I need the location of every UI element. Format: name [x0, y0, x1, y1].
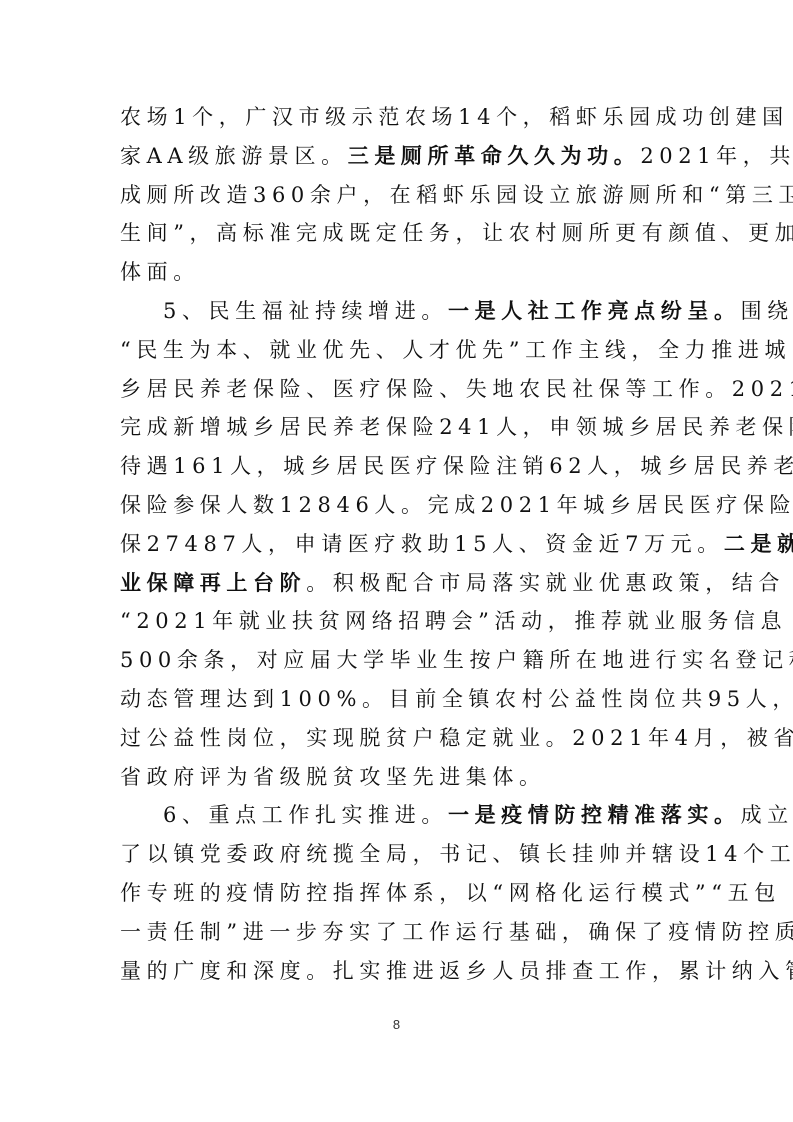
- text-segment: 体面。: [120, 260, 200, 284]
- text-segment: 过公益性岗位，实现脱贫户稳定就业。2021年4月，被省委: [120, 726, 793, 750]
- text-line: 保险参保人数12846人。完成2021年城乡居民医疗保险参: [120, 486, 672, 525]
- bold-heading-segment: 二是就: [724, 532, 793, 556]
- text-line: 5、民生福祉持续增进。一是人社工作亮点纷呈。围绕: [120, 292, 672, 331]
- text-segment: 乡居民养老保险、医疗保险、失地农民社保等工作。2021年，: [120, 377, 793, 401]
- text-line: “民生为本、就业优先、人才优先”工作主线，全力推进城: [120, 331, 672, 370]
- text-line: 待遇161人，城乡居民医疗保险注销62人，城乡居民养老: [120, 447, 672, 486]
- text-segment: 待遇161人，城乡居民医疗保险注销62人，城乡居民养老: [120, 454, 793, 478]
- text-line: 500余条，对应届大学毕业生按户籍所在地进行实名登记和: [120, 641, 672, 680]
- text-line: 乡居民养老保险、医疗保险、失地农民社保等工作。2021年，: [120, 370, 672, 409]
- text-segment: 农场1个，广汉市级示范农场14个，稻虾乐园成功创建国: [120, 105, 789, 129]
- text-segment: 2021年，共完: [640, 144, 793, 168]
- text-segment: 家AA级旅游景区。: [120, 144, 348, 168]
- text-line: 一责任制”进一步夯实了工作运行基础，确保了疫情防控质: [120, 913, 672, 952]
- text-segment: 5、民生福祉持续增进。: [163, 299, 448, 323]
- bold-heading-segment: 业保障再上台阶: [120, 571, 306, 595]
- text-segment: 6、重点工作扎实推进。: [163, 803, 448, 827]
- text-segment: 了以镇党委政府统揽全局，书记、镇长挂帅并辖设14个工: [120, 842, 793, 866]
- text-segment: 量的广度和深度。扎实推进返乡人员排查工作，累计纳入管: [120, 959, 793, 983]
- text-segment: “民生为本、就业优先、人才优先”工作主线，全力推进城: [120, 338, 791, 362]
- text-segment: 保27487人，申请医疗救助15人、资金近7万元。: [120, 532, 724, 556]
- text-line: 保27487人，申请医疗救助15人、资金近7万元。二是就: [120, 525, 672, 564]
- text-line: 成厕所改造360余户，在稻虾乐园设立旅游厕所和“第三卫: [120, 176, 672, 215]
- document-page: 农场1个，广汉市级示范农场14个，稻虾乐园成功创建国家AA级旅游景区。三是厕所革…: [0, 0, 793, 1122]
- text-line: 过公益性岗位，实现脱贫户稳定就业。2021年4月，被省委: [120, 719, 672, 758]
- text-segment: 500余条，对应届大学毕业生按户籍所在地进行实名登记和: [120, 648, 793, 672]
- text-segment: 。积极配合市局落实就业优惠政策，结合: [306, 571, 785, 595]
- page-number: 8: [0, 1017, 793, 1032]
- text-segment: 保险参保人数12846人。完成2021年城乡居民医疗保险参: [120, 493, 793, 517]
- text-segment: 成厕所改造360余户，在稻虾乐园设立旅游厕所和“第三卫: [120, 183, 793, 207]
- text-line: 省政府评为省级脱贫攻坚先进集体。: [120, 758, 672, 797]
- text-segment: 完成新增城乡居民养老保险241人，申领城乡居民养老保险: [120, 415, 793, 439]
- body-text: 农场1个，广汉市级示范农场14个，稻虾乐园成功创建国家AA级旅游景区。三是厕所革…: [120, 98, 676, 990]
- text-segment: 生间”，高标准完成既定任务，让农村厕所更有颜值、更加: [120, 221, 793, 245]
- text-line: 动态管理达到100%。目前全镇农村公益性岗位共95人，通: [120, 680, 672, 719]
- bold-heading-segment: 一是疫情防控精准落实。: [448, 803, 741, 827]
- text-line: 业保障再上台阶。积极配合市局落实就业优惠政策，结合: [120, 564, 672, 603]
- text-segment: 作专班的疫情防控指挥体系，以“网格化运行模式”“五包: [120, 881, 781, 905]
- text-line: 6、重点工作扎实推进。一是疫情防控精准落实。成立: [120, 796, 672, 835]
- text-line: 作专班的疫情防控指挥体系，以“网格化运行模式”“五包: [120, 874, 672, 913]
- text-segment: 成立: [741, 803, 793, 827]
- text-line: 家AA级旅游景区。三是厕所革命久久为功。2021年，共完: [120, 137, 672, 176]
- text-segment: 省政府评为省级脱贫攻坚先进集体。: [120, 765, 546, 789]
- text-line: 量的广度和深度。扎实推进返乡人员排查工作，累计纳入管: [120, 952, 672, 991]
- text-segment: 一责任制”进一步夯实了工作运行基础，确保了疫情防控质: [120, 920, 793, 944]
- bold-heading-segment: 一是人社工作亮点纷呈。: [448, 299, 741, 323]
- text-line: 农场1个，广汉市级示范农场14个，稻虾乐园成功创建国: [120, 98, 672, 137]
- text-line: 完成新增城乡居民养老保险241人，申领城乡居民养老保险: [120, 408, 672, 447]
- bold-heading-segment: 三是厕所革命久久为功。: [348, 144, 641, 168]
- text-line: 生间”，高标准完成既定任务，让农村厕所更有颜值、更加: [120, 214, 672, 253]
- text-line: 体面。: [120, 253, 672, 292]
- text-segment: 围绕: [741, 299, 793, 323]
- text-line: 了以镇党委政府统揽全局，书记、镇长挂帅并辖设14个工: [120, 835, 672, 874]
- text-line: “2021年就业扶贫网络招聘会”活动，推荐就业服务信息: [120, 602, 672, 641]
- text-segment: 动态管理达到100%。目前全镇农村公益性岗位共95人，通: [120, 687, 793, 711]
- text-segment: “2021年就业扶贫网络招聘会”活动，推荐就业服务信息: [120, 609, 787, 633]
